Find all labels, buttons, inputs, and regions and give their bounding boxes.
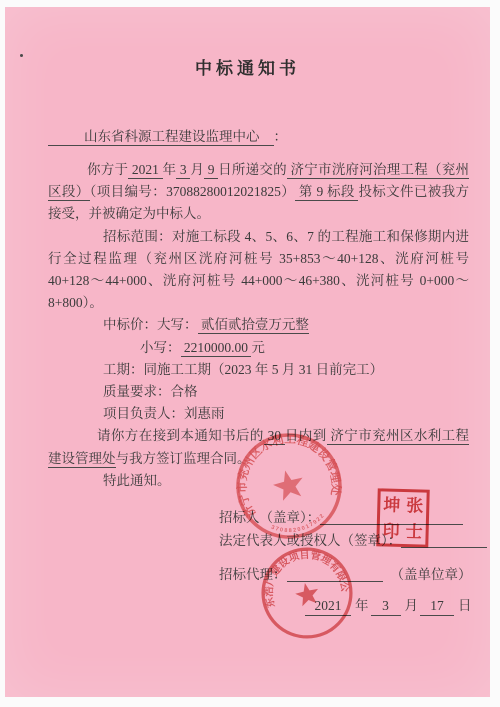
date-month: 3 (371, 598, 401, 616)
line-duration: 工期：同施工工期（2023 年 5 月 31 日前完工） (48, 359, 469, 381)
unit-seal-note: （盖单位章） (391, 567, 472, 582)
date-month-unit: 月 (405, 598, 419, 613)
name-seal-char: 印 (379, 517, 403, 544)
name-seal-char: 士 (402, 518, 426, 545)
document-page: 中标通知书 山东省科源工程建设监理中心： 你方于 2021 年 3 月 9 日所… (5, 7, 490, 697)
line-project-manager: 项目负责人：刘惠雨 (48, 403, 469, 425)
line-quality: 质量要求：合格 (48, 381, 469, 403)
star-icon (293, 581, 320, 608)
date-day: 17 (420, 598, 454, 616)
agency-company-seal: 山东浩广建设项目管理有限公司 (250, 536, 364, 650)
line-price-figures: 小写： 2210000.00 元 (48, 337, 469, 359)
scanned-document: 中标通知书 山东省科源工程建设监理中心： 你方于 2021 年 3 月 9 日所… (0, 0, 500, 707)
line-price-words: 中标价：大写： 贰佰贰拾壹万元整 (48, 314, 469, 336)
addressee-name: 山东省科源工程建设监理中心 (48, 129, 274, 146)
page-title: 中标通知书 (5, 54, 490, 79)
addressee-line: 山东省科源工程建设监理中心： (48, 125, 287, 145)
name-seal-char: 坤 (380, 491, 404, 518)
date-day-unit: 日 (458, 598, 472, 613)
addressee-colon: ： (274, 129, 288, 144)
name-seal-char: 张 (403, 492, 427, 519)
star-icon (270, 467, 306, 502)
paragraph-acceptance: 你方于 2021 年 3 月 9 日所递交的 济宁市洸府河治理工程（兖州区段）（… (48, 159, 469, 226)
paragraph-scope: 招标范围：对施工标段 4、5、6、7 的工程施工和保修期内进行全过程监理（兖州区… (48, 226, 469, 315)
legal-representative-name-seal: 坤 张 印 士 (376, 488, 430, 547)
